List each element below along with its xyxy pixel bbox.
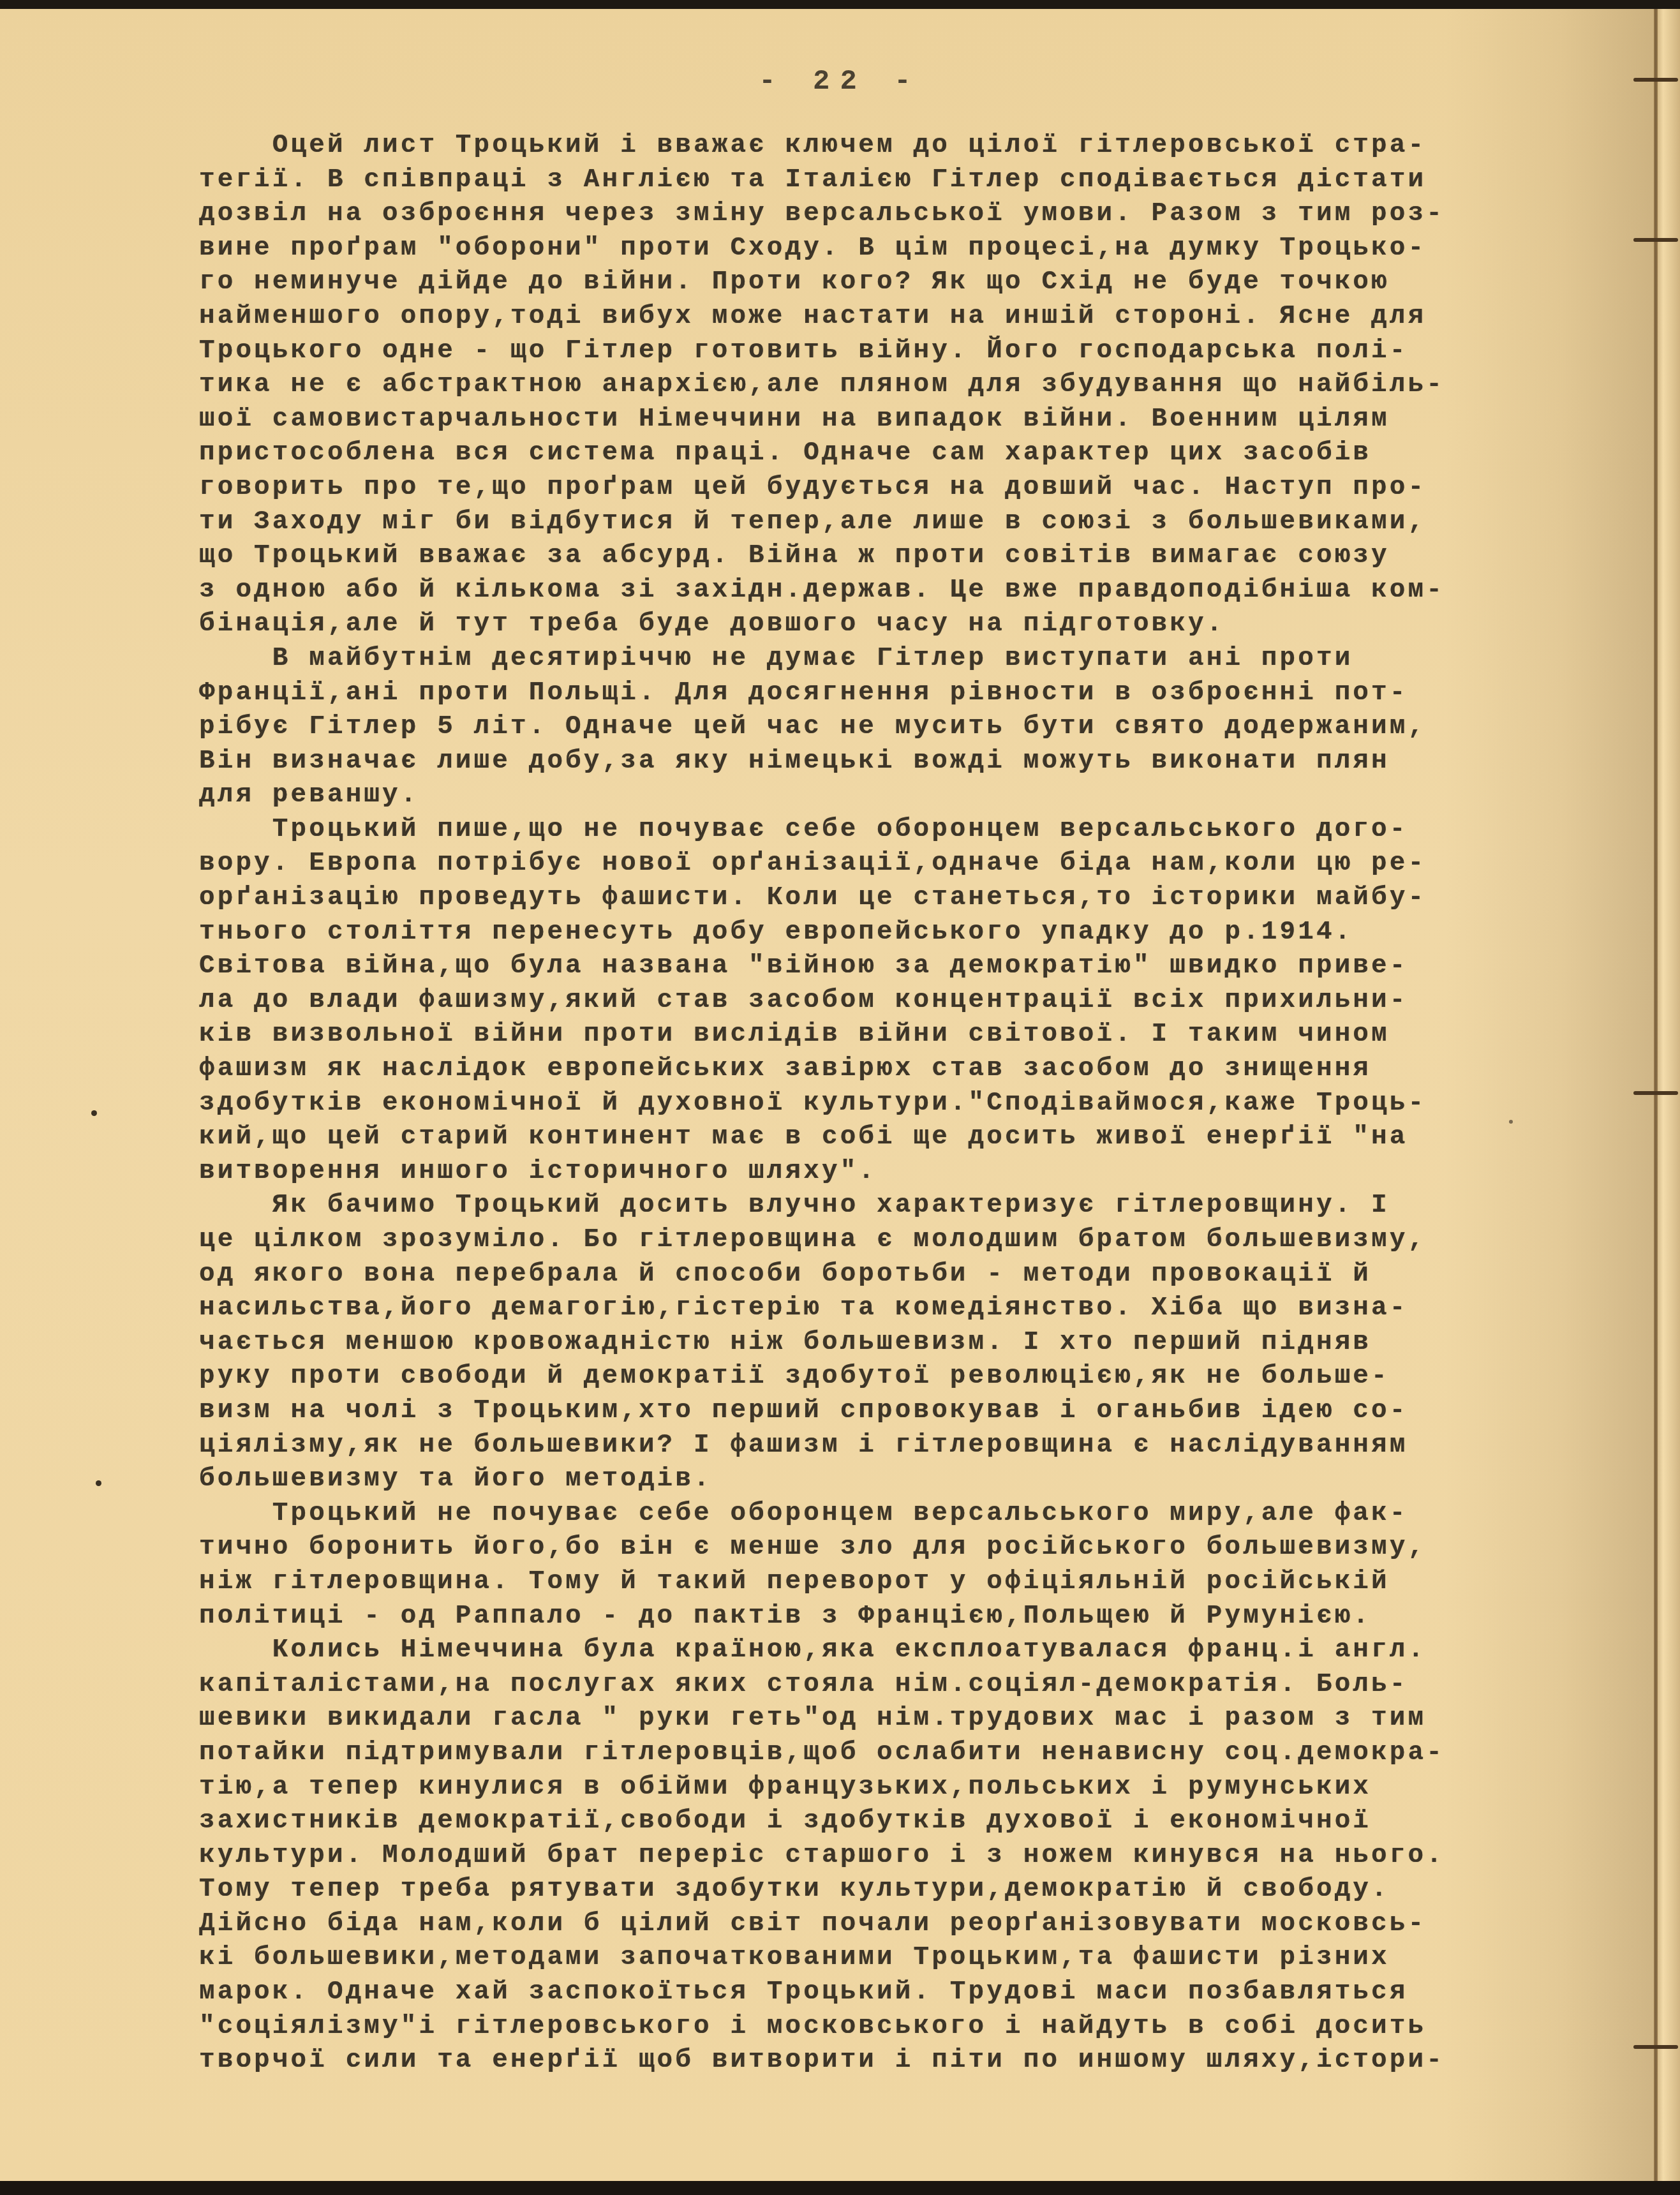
- text-line: насильства,його демагогію,гістерію та ко…: [199, 1291, 1513, 1326]
- text-line: найменшого опору,тоді вибух може настати…: [199, 300, 1513, 334]
- margin-speck: [91, 1110, 97, 1116]
- text-line: тію,а тепер кинулися в обійми французьки…: [199, 1771, 1513, 1805]
- text-line: рібує Гітлер 5 літ. Одначе цей час не му…: [199, 710, 1513, 745]
- text-line: що Троцький вважає за абсурд. Війна ж пр…: [199, 539, 1513, 574]
- text-line: Франції,ані проти Польщі. Для досягнення…: [199, 676, 1513, 711]
- binding-stitch: [1633, 238, 1678, 242]
- text-line: захистників демократії,свободи і здобутк…: [199, 1804, 1513, 1839]
- text-line: од якого вона перебрала й способи бороть…: [199, 1258, 1513, 1292]
- text-line: Він визначає лише добу,за яку німецькі в…: [199, 745, 1513, 779]
- text-line: пристособлена вся система праці. Одначе …: [199, 436, 1513, 471]
- text-line: ти Заходу міг би відбутися й тепер,але л…: [199, 505, 1513, 540]
- text-line: Колись Німеччина була країною,яка експло…: [199, 1633, 1513, 1668]
- text-line: Троцький пише,що не почуває себе оборонц…: [199, 813, 1513, 847]
- text-line: марок. Одначе хай заспокоїться Троцький.…: [199, 1975, 1513, 2010]
- scan-border-bottom: [0, 2181, 1680, 2195]
- text-line: Світова війна,що була названа "війною за…: [199, 949, 1513, 984]
- binding-stitch: [1633, 1091, 1678, 1095]
- text-line: Як бачимо Троцький досить влучно характе…: [199, 1189, 1513, 1223]
- text-line: капіталістами,на послугах яких стояла ні…: [199, 1668, 1513, 1702]
- text-line: тично боронить його,бо він є менше зло д…: [199, 1531, 1513, 1565]
- text-line: го неминуче дійде до війни. Проти кого? …: [199, 265, 1513, 300]
- text-line: дозвіл на озброєння через зміну версальс…: [199, 197, 1513, 232]
- text-line: Дійсно біда нам,коли б цілий світ почали…: [199, 1907, 1513, 1942]
- text-line: для реваншу.: [199, 778, 1513, 813]
- text-line: ків визвольної війни проти вислідів війн…: [199, 1018, 1513, 1052]
- text-line: кий,що цей старий континент має в собі щ…: [199, 1120, 1513, 1155]
- binding-stitch: [1633, 2045, 1678, 2049]
- text-line: Троцького одне - що Гітлер готовить війн…: [199, 334, 1513, 369]
- margin-speck: [96, 1480, 101, 1486]
- text-line: фашизм як наслідок европейських завірюх …: [199, 1052, 1513, 1087]
- text-line: витворення иншого історичного шляху".: [199, 1155, 1513, 1189]
- text-line: це цілком зрозуміло. Бо гітлеровщина є м…: [199, 1223, 1513, 1258]
- text-line: Троцький не почуває себе оборонцем верса…: [199, 1497, 1513, 1531]
- page-number: - 22 -: [0, 66, 1680, 98]
- text-line: Оцей лист Троцький і вважає ключем до ці…: [199, 129, 1513, 163]
- text-line: Тому тепер треба рятувати здобутки культ…: [199, 1873, 1513, 1907]
- text-line: тегії. В співпраці з Англією та Італією …: [199, 163, 1513, 198]
- text-line: потайки підтримували гітлеровців,щоб осл…: [199, 1736, 1513, 1771]
- text-line: кі большевики,методами започаткованими Т…: [199, 1941, 1513, 1975]
- text-line: тнього століття перенесуть добу европейс…: [199, 916, 1513, 950]
- text-line: ніж гітлеровщина. Тому й такий переворот…: [199, 1565, 1513, 1600]
- text-line: вине проґрам "оборони" проти Сходу. В ці…: [199, 232, 1513, 266]
- text-line: "соціялізму"і гітлеровського і московськ…: [199, 2010, 1513, 2044]
- text-line: визм на чолі з Троцьким,хто перший спров…: [199, 1394, 1513, 1429]
- text-line: орґанізацію проведуть фашисти. Коли це с…: [199, 881, 1513, 916]
- text-line: здобутків економічної й духовної культур…: [199, 1087, 1513, 1121]
- body-text: Оцей лист Троцький і вважає ключем до ці…: [199, 129, 1513, 2078]
- text-line: культури. Молодший брат переріс старшого…: [199, 1839, 1513, 1873]
- text-line: ціялізму,як не большевики? І фашизм і гі…: [199, 1429, 1513, 1463]
- text-line: ла до влади фашизму,який став засобом ко…: [199, 984, 1513, 1018]
- text-line: шевики викидали гасла " руки геть"од нім…: [199, 1702, 1513, 1736]
- text-line: чається меншою кровожадністю ніж большев…: [199, 1326, 1513, 1360]
- text-line: вору. Европа потрібує нової орґанізації,…: [199, 847, 1513, 881]
- text-line: шої самовистарчальности Німеччини на вип…: [199, 403, 1513, 437]
- text-line: руку проти свободи й демократії здобутої…: [199, 1360, 1513, 1394]
- text-line: з одною або й кількома зі західн.держав.…: [199, 574, 1513, 608]
- text-line: большевизму та його методів.: [199, 1462, 1513, 1497]
- text-line: В майбутнім десятиріччю не думає Гітлер …: [199, 642, 1513, 676]
- text-line: політиці - од Раппало - до пактів з Фран…: [199, 1600, 1513, 1634]
- text-line: бінація,але й тут треба буде довшого час…: [199, 607, 1513, 642]
- text-line: говорить про те,що проґрам цей будується…: [199, 471, 1513, 505]
- text-line: творчої сили та енерґії щоб витворити і …: [199, 2044, 1513, 2078]
- text-line: тика не є абстрактною анархією,але пляно…: [199, 368, 1513, 403]
- binding-edge: [1654, 9, 1658, 2182]
